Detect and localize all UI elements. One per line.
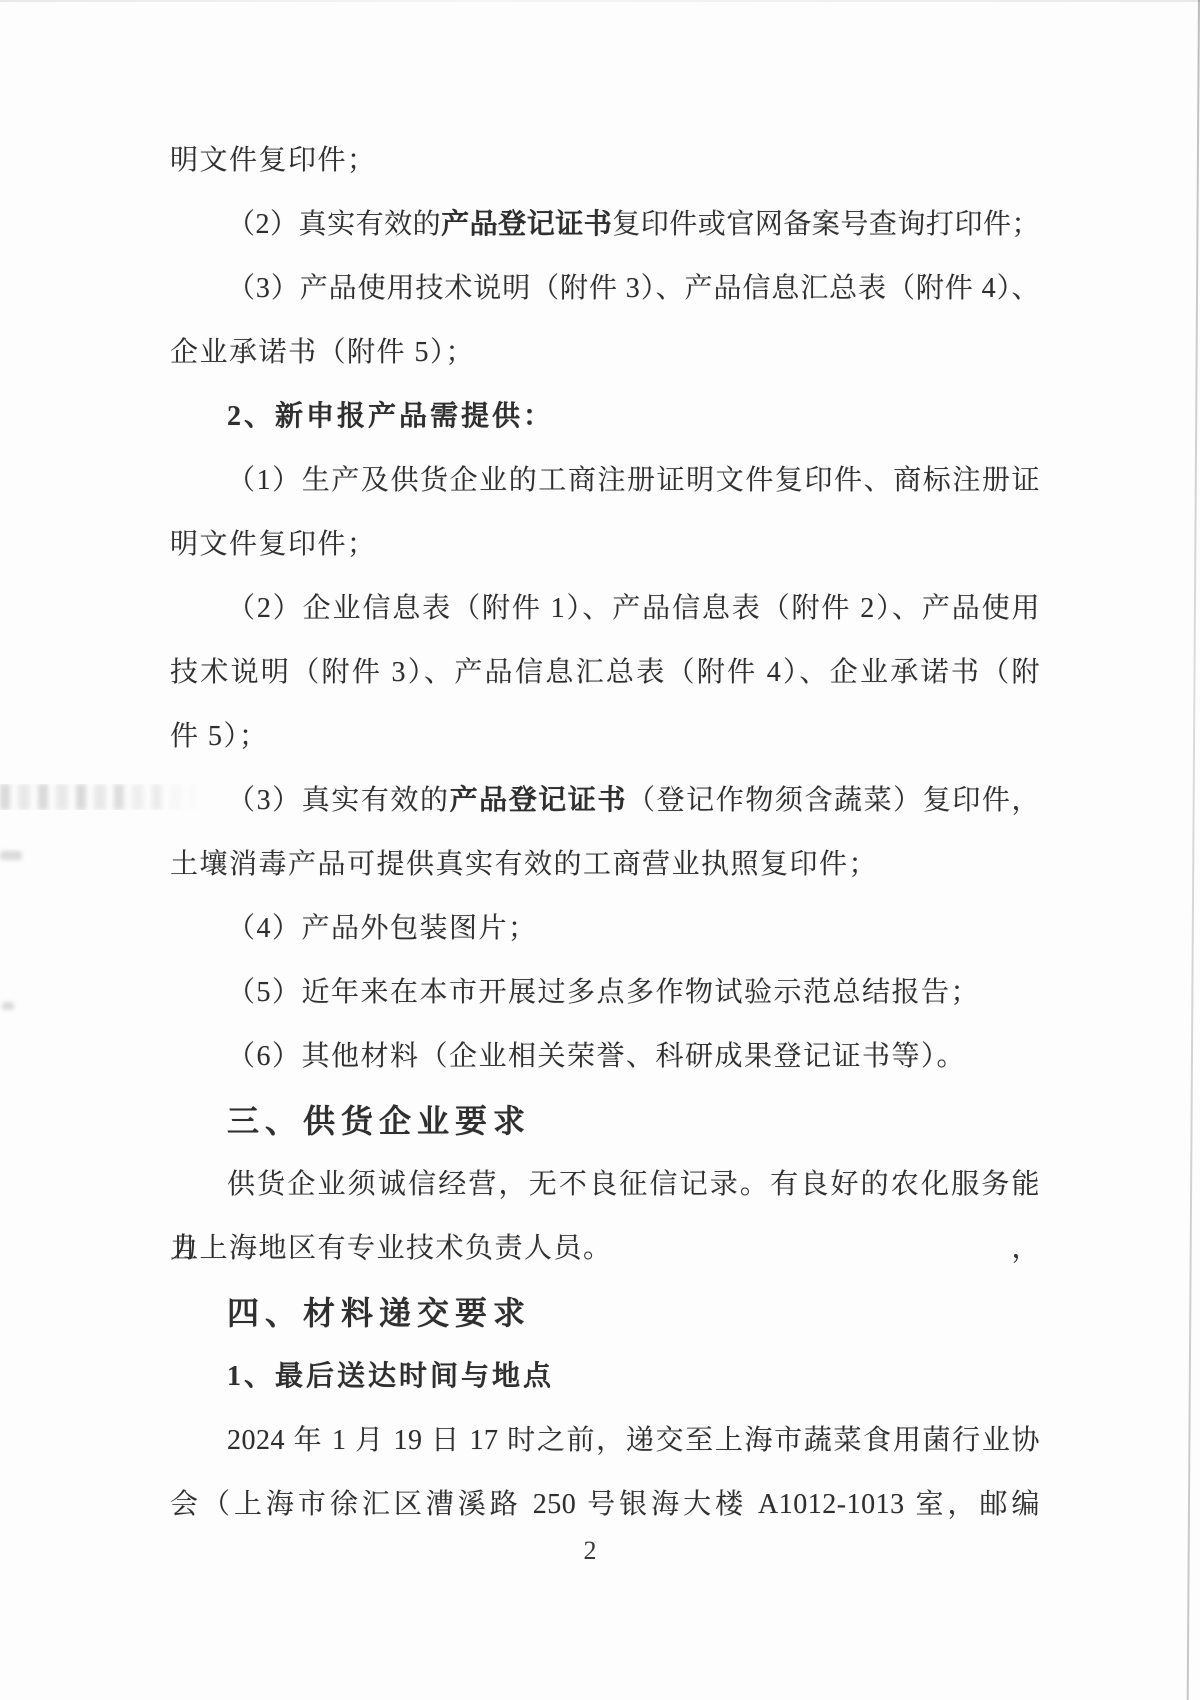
text-line: 四、材料递交要求 xyxy=(170,1281,1040,1345)
text-line: 明文件复印件； xyxy=(170,129,1040,193)
text-segment: （4）产品外包装图片； xyxy=(227,913,538,944)
text-segment: 企业承诺书（附件 5）； xyxy=(170,337,475,368)
text-segment: 明文件复印件； xyxy=(170,529,377,560)
text-segment: （6）其他材料（企业相关荣誉、科研成果登记证书等）。 xyxy=(227,1041,966,1072)
text-segment: 1、最后送达时间与地点 xyxy=(227,1361,554,1392)
text-line: 件 5）； xyxy=(170,705,1040,769)
text-line: （4）产品外包装图片； xyxy=(170,897,1040,961)
text-segment: 件 5）； xyxy=(170,721,269,752)
text-segment: 2、新申报产品需提供： xyxy=(227,401,554,432)
text-line: 2、新申报产品需提供： xyxy=(170,385,1040,449)
scan-speck-artifact xyxy=(0,851,22,860)
page-number: 2 xyxy=(170,1533,1010,1569)
scan-top-edge-artifact xyxy=(0,0,1200,2)
text-segment: 四、材料递交要求 xyxy=(227,1295,531,1331)
text-segment: 产品登记证书 xyxy=(441,209,612,240)
text-line: 三、供货企业要求 xyxy=(170,1089,1040,1153)
scan-speck-artifact xyxy=(2,1002,14,1010)
text-line: 企业承诺书（附件 5）； xyxy=(170,321,1040,385)
text-line: （1）生产及供货企业的工商注册证明文件复印件、商标注册证 xyxy=(170,449,1040,513)
text-segment: （3）产品使用技术说明（附件 3）、产品信息汇总表（附件 4）、 xyxy=(227,273,1040,304)
text-segment: （1）生产及供货企业的工商注册证明文件复印件、商标注册证 xyxy=(227,465,1040,496)
text-line: （6）其他材料（企业相关荣誉、科研成果登记证书等）。 xyxy=(170,1025,1040,1089)
text-line: 土壤消毒产品可提供真实有效的工商营业执照复印件； xyxy=(170,833,1040,897)
text-segment: 且上海地区有专业技术负责人员。 xyxy=(170,1233,613,1264)
document-body: 明文件复印件；（2）真实有效的产品登记证书复印件或官网备案号查询打印件；（3）产… xyxy=(170,129,1040,1537)
text-line: 明文件复印件； xyxy=(170,513,1040,577)
text-segment: 2024 年 1 月 19 日 17 时之前，递交至上海市蔬菜食用菌行业协 xyxy=(227,1425,1040,1456)
text-segment: 明文件复印件； xyxy=(170,145,377,176)
scan-edge-line-artifact xyxy=(1187,0,1200,1700)
text-segment: （3）真实有效的 xyxy=(227,785,450,816)
text-segment: 会（上海市徐汇区漕溪路 250 号银海大楼 A1012-1013 室，邮编 xyxy=(170,1489,1040,1520)
text-segment: （2）真实有效的 xyxy=(227,209,441,240)
text-segment: 产品登记证书 xyxy=(450,785,627,816)
text-segment: （登记作物须含蔬菜）复印件， xyxy=(627,785,1040,816)
text-line: （5）近年来在本市开展过多点多作物试验示范总结报告； xyxy=(170,961,1040,1025)
text-line: 供货企业须诚信经营，无不良征信记录。有良好的农化服务能力， xyxy=(170,1153,1040,1217)
text-segment: （2）企业信息表（附件 1）、产品信息表（附件 2）、产品使用 xyxy=(227,593,1040,624)
text-segment: 土壤消毒产品可提供真实有效的工商营业执照复印件； xyxy=(170,849,878,880)
text-line: 2024 年 1 月 19 日 17 时之前，递交至上海市蔬菜食用菌行业协 xyxy=(170,1409,1040,1473)
text-segment: 复印件或官网备案号查询打印件； xyxy=(612,209,1040,240)
text-segment: 技术说明（附件 3）、产品信息汇总表（附件 4）、企业承诺书（附 xyxy=(170,657,1040,688)
document-page: 明文件复印件；（2）真实有效的产品登记证书复印件或官网备案号查询打印件；（3）产… xyxy=(0,0,1200,1700)
text-line: 会（上海市徐汇区漕溪路 250 号银海大楼 A1012-1013 室，邮编 xyxy=(170,1473,1040,1537)
text-segment: （5）近年来在本市开展过多点多作物试验示范总结报告； xyxy=(227,977,980,1008)
text-line: 技术说明（附件 3）、产品信息汇总表（附件 4）、企业承诺书（附 xyxy=(170,641,1040,705)
text-segment: 三、供货企业要求 xyxy=(227,1103,531,1139)
text-line: 1、最后送达时间与地点 xyxy=(170,1345,1040,1409)
text-line: （2）真实有效的产品登记证书复印件或官网备案号查询打印件； xyxy=(170,193,1040,257)
text-line: （2）企业信息表（附件 1）、产品信息表（附件 2）、产品使用 xyxy=(170,577,1040,641)
text-line: （3）真实有效的产品登记证书（登记作物须含蔬菜）复印件， xyxy=(170,769,1040,833)
text-line: （3）产品使用技术说明（附件 3）、产品信息汇总表（附件 4）、 xyxy=(170,257,1040,321)
